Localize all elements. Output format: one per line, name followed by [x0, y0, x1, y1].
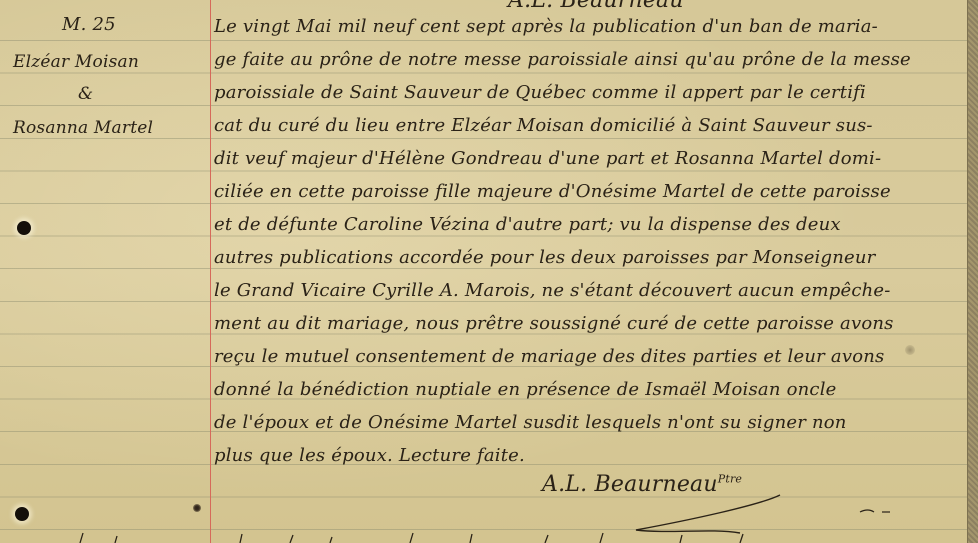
body-line: dit veuf majeur d'Hélène Gondreau d'une … [214, 148, 881, 169]
margin-bride-name: Rosanna Martel [13, 118, 153, 138]
top-signature-name: A.L. Beaurneau [508, 0, 684, 13]
body-line: paroissiale de Saint Sauveur de Québec c… [214, 82, 866, 103]
margin-groom-name: Elzéar Moisan [13, 52, 139, 72]
closing-signature-suffix: Ptre [718, 473, 742, 486]
punch-hole-icon [15, 507, 29, 521]
smudge [905, 345, 915, 355]
ink-spot [193, 504, 201, 512]
body-line: reçu le mutuel consentement de mariage d… [214, 346, 884, 367]
punch-hole-icon [17, 221, 31, 235]
body-line: et de défunte Caroline Vézina d'autre pa… [214, 214, 841, 235]
body-line: de l'époux et de Onésime Martel susdit l… [214, 412, 847, 433]
body-line: le Grand Vicaire Cyrille A. Marois, ne s… [214, 280, 891, 301]
body-line: autres publications accordée pour les de… [214, 247, 875, 268]
body-line: cat du curé du lieu entre Elzéar Moisan … [214, 115, 873, 136]
body-line: ment au dit mariage, nous prêtre soussig… [214, 313, 894, 334]
red-margin-line [210, 0, 211, 543]
body-line: ciliée en cette paroisse fille majeure d… [214, 181, 891, 202]
top-signature: A.L. BeaurneauPtre [508, 0, 708, 13]
body-line: plus que les époux. Lecture faite. [214, 445, 525, 466]
book-binding-edge [967, 0, 978, 543]
body-line: donné la bénédiction nuptiale en présenc… [214, 379, 837, 400]
body-line: ge faite au prône de notre messe paroiss… [214, 49, 911, 70]
next-entry-strokes [0, 530, 968, 543]
entry-number: M. 25 [62, 14, 116, 35]
top-signature-suffix: Ptre [684, 0, 708, 2]
register-page: A.L. BeaurneauPtre M. 25 Elzéar Moisan &… [0, 0, 968, 543]
body-line: Le vingt Mai mil neuf cent sept après la… [214, 16, 878, 37]
margin-connector: & [78, 84, 93, 104]
